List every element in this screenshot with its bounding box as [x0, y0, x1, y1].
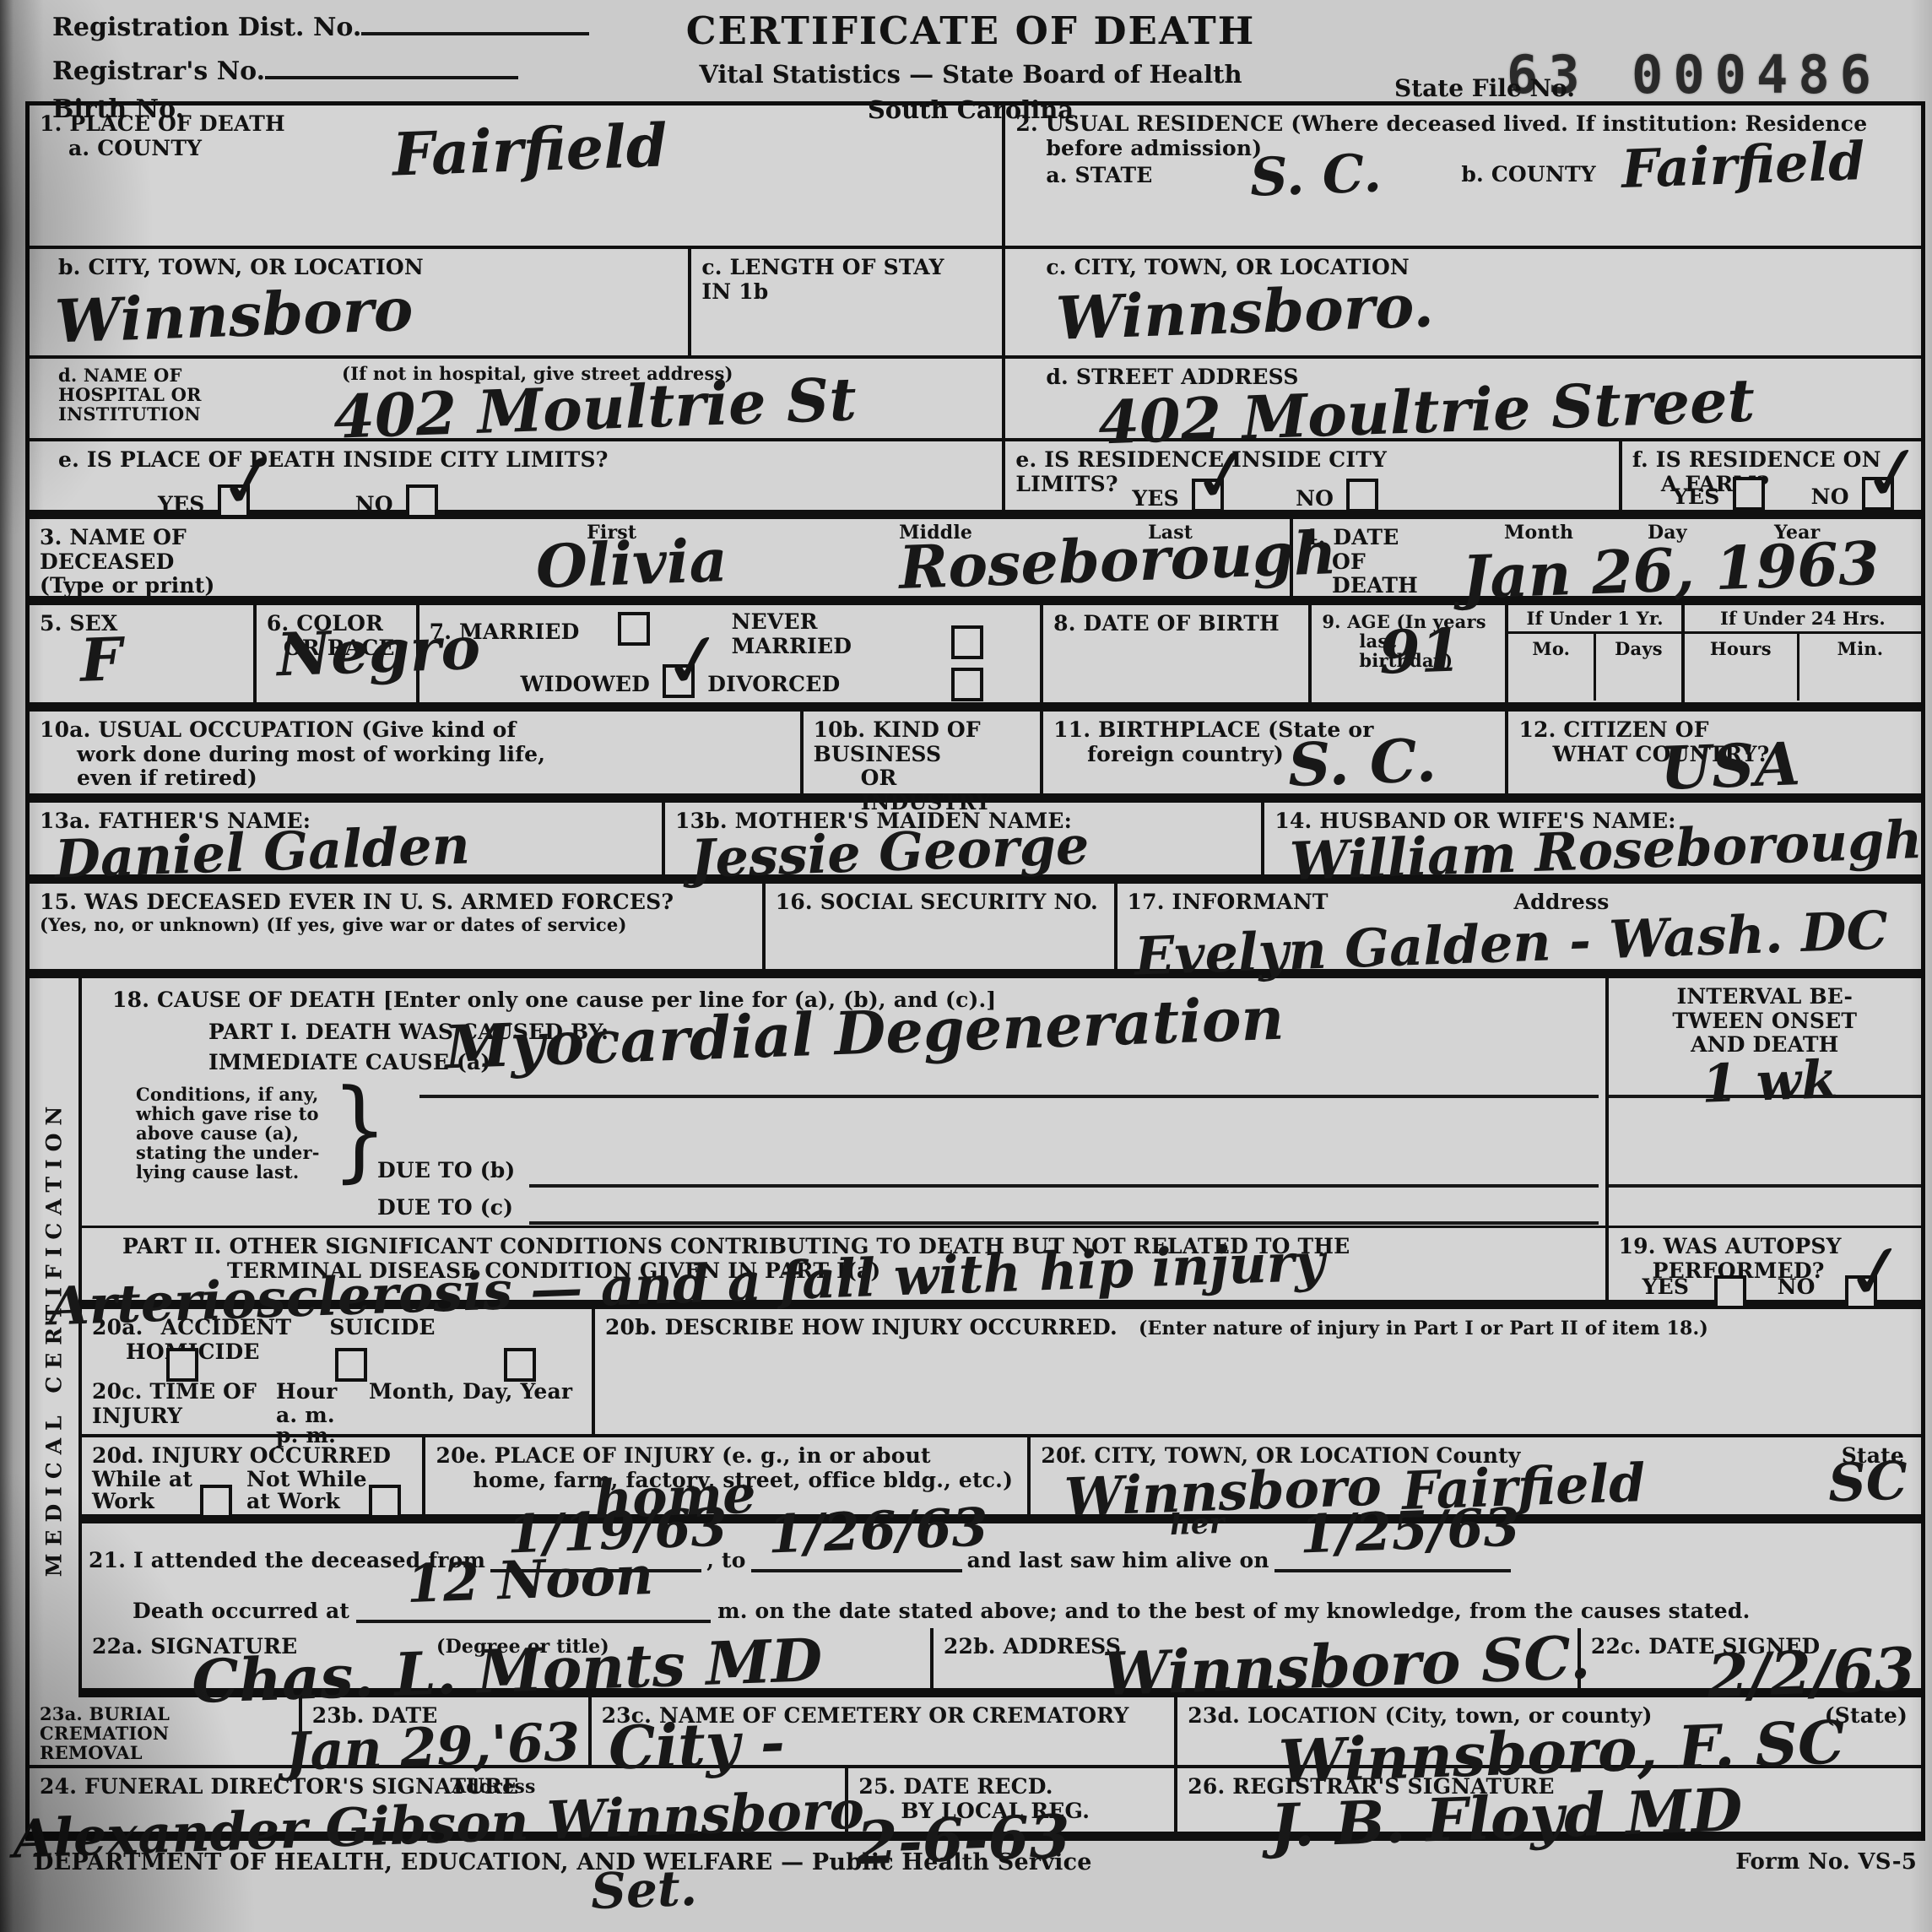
field-burial-location: 23d. LOCATION (City, town, or county) (S…	[1177, 1697, 1921, 1765]
field-injury-blank	[595, 1373, 1921, 1434]
state-name: South Carolina	[625, 95, 1317, 124]
attended-alive-value: 1/25/63	[1298, 1501, 1521, 1578]
medical-rows: 18. CAUSE OF DEATH [Enter only one cause…	[82, 978, 1921, 1697]
farm-no-checkbox	[1862, 477, 1894, 511]
residence-county-label: b. COUNTY	[1461, 163, 1595, 187]
registration-dist-line: Registration Dist. No.	[52, 10, 589, 42]
under-1yr-mo-label: Mo.	[1508, 634, 1596, 701]
state-file-label: State File No.	[1394, 74, 1575, 102]
occupation-label1: 10a. USUAL OCCUPATION (Give kind of	[40, 718, 790, 743]
death-city-limits-label: e. IS PLACE OF DEATH INSIDE CITY LIMITS?	[58, 448, 992, 473]
field-birthplace: 11. BIRTHPLACE (State or foreign country…	[1043, 712, 1508, 793]
field-cause-part1: 18. CAUSE OF DEATH [Enter only one cause…	[82, 978, 1609, 1226]
field-residence-city: c. CITY, TOWN, OR LOCATION Winnsboro.	[1005, 249, 1921, 355]
interval-label2: TWEEN ONSET	[1619, 1009, 1911, 1034]
due-to-b-label: DUE TO (b)	[377, 1159, 515, 1183]
registrar-line: Registrar's No.	[52, 54, 589, 86]
birth-no-label: Birth No.	[52, 95, 184, 124]
injury-occurred-label: 20d. INJURY OCCURRED	[92, 1444, 412, 1469]
certificate-form: 1. PLACE OF DEATH a. COUNTY Fairfield 2.…	[25, 101, 1925, 1841]
row-physician-signature: 22a. SIGNATURE (Degree or title) Chas. L…	[82, 1628, 1921, 1697]
footer-form-number: Form No. VS-5	[1735, 1850, 1917, 1876]
field-age: 9. AGE (In years last birthday) 91	[1312, 605, 1508, 702]
age-value: 91	[1378, 620, 1463, 682]
under-24hrs-hours-label: Hours	[1685, 634, 1799, 701]
field-spouse-name: 14. HUSBAND OR WIFE'S NAME: William Rose…	[1264, 803, 1921, 874]
row-name-dod: 3. NAME OF DECEASED (Type or print) Firs…	[30, 519, 1921, 605]
physician-address-value: Winnsboro SC.	[1101, 1628, 1591, 1704]
due-to-c-line	[529, 1221, 1599, 1225]
under-24hrs-min-label: Min.	[1799, 634, 1921, 701]
autopsy-no-checkbox	[1845, 1275, 1877, 1309]
death-limits-yes-label: YES	[158, 492, 205, 517]
field-date-signed: 22c. DATE SIGNED 2/2/63	[1581, 1628, 1921, 1688]
field-street-address: d. STREET ADDRESS 402 Moultrie Street	[1005, 359, 1921, 438]
registrar-label: Registrar's No.	[52, 57, 265, 86]
physician-address-label: 22b. ADDRESS	[944, 1634, 1121, 1659]
city-of-death-value: Winnsboro	[54, 280, 414, 352]
row-time-of-injury: 20c. TIME OF INJURY Hour Month, Day, Yea…	[82, 1373, 1921, 1437]
dob-label: 8. DATE OF BIRTH	[1053, 612, 1298, 636]
occupation-label3: even if retired)	[77, 766, 790, 791]
farm-yes-checkbox	[1733, 477, 1765, 511]
subtitle: Vital Statistics — State Board of Health	[625, 60, 1317, 89]
field-usual-residence: 2. USUAL RESIDENCE (Where deceased lived…	[1005, 106, 1921, 246]
interval-label1: INTERVAL BE-	[1619, 985, 1911, 1009]
name-label3: (Type or print)	[40, 574, 365, 598]
residence-state-value: S. C.	[1249, 147, 1383, 203]
field-date-of-death: 4. DATE OF DEATH Month Day Year Jan 26, …	[1293, 519, 1921, 596]
armed-forces-label1: 15. WAS DECEASED EVER IN U. S. ARMED FOR…	[40, 890, 752, 915]
never-married-checkbox	[951, 625, 983, 659]
field-citizen: 12. CITIZEN OF WHAT COUNTRY? USA	[1508, 712, 1921, 793]
row-demographics: 5. SEX F 6. COLOR OR RACE Negro 7. MARRI…	[30, 605, 1921, 712]
birthplace-value: S. C.	[1287, 731, 1437, 795]
work-label: Work	[92, 1490, 154, 1514]
farm-no-label: NO	[1811, 484, 1849, 509]
row-informant: 15. WAS DECEASED EVER IN U. S. ARMED FOR…	[30, 884, 1921, 978]
death-limits-no-checkbox	[406, 484, 438, 518]
conditions-line1: Conditions, if any,	[136, 1085, 320, 1104]
date-received-label1: 25. DATE RECD.	[858, 1775, 1164, 1799]
farm-yes-label: YES	[1673, 484, 1720, 509]
business-label1: 10b. KIND OF BUSINESS	[814, 718, 1031, 766]
under-24hrs-header: If Under 24 Hrs.	[1685, 605, 1921, 634]
autopsy-yes-checkbox	[1714, 1275, 1746, 1309]
autopsy-yes-label: YES	[1642, 1275, 1690, 1300]
field-physician-address: 22b. ADDRESS Winnsboro SC.	[934, 1628, 1581, 1688]
birth-no-line: Birth No.	[52, 95, 589, 124]
row-place-of-injury: 20d. INJURY OCCURRED While at Work Not W…	[82, 1437, 1921, 1523]
not-while-label2: at Work	[246, 1490, 340, 1514]
sex-value: F	[79, 630, 123, 690]
medical-certification-section: MEDICAL CERTIFICATION 18. CAUSE OF DEATH…	[30, 978, 1921, 1697]
row-part2: PART II. OTHER SIGNIFICANT CONDITIONS CO…	[82, 1228, 1921, 1309]
interval-value: 1 wk	[1701, 1053, 1838, 1111]
residence-county-value: Fairfield	[1621, 135, 1865, 196]
field-father-name: 13a. FATHER'S NAME: Daniel Galden	[30, 803, 665, 874]
county-value: Fairfield	[392, 116, 668, 184]
field-death-city-limits: e. IS PLACE OF DEATH INSIDE CITY LIMITS?…	[30, 441, 1005, 510]
row-city: b. CITY, TOWN, OR LOCATION Winnsboro c. …	[30, 249, 1921, 359]
ssn-label: 16. SOCIAL SECURITY NO.	[776, 890, 1104, 915]
not-while-checkbox	[369, 1485, 401, 1518]
never-married-label2: MARRIED	[732, 635, 852, 659]
row-place-residence: 1. PLACE OF DEATH a. COUNTY Fairfield 2.…	[30, 106, 1921, 249]
field-name-of-deceased: First Middle Last Olivia Roseborough	[376, 519, 1293, 596]
death-limits-yes-checkbox	[218, 484, 250, 518]
field-sex: 5. SEX F	[30, 605, 257, 702]
autopsy-no-label: NO	[1778, 1275, 1816, 1300]
field-kind-of-business: 10b. KIND OF BUSINESS OR INDUSTRY	[804, 712, 1044, 793]
length-of-stay-label: c. LENGTH OF STAY	[701, 256, 992, 280]
widowed-checkbox	[663, 664, 695, 698]
header-left: Registration Dist. No. Registrar's No. B…	[52, 10, 589, 124]
field-marital-status: 7. MARRIED NEVER MARRIED WIDOWED DIVORCE…	[419, 605, 1044, 702]
conditions-line4: stating the under-	[136, 1143, 320, 1162]
divorced-checkbox	[951, 668, 983, 701]
mother-value: Jessie George	[690, 820, 1090, 885]
father-value: Daniel Galden	[54, 819, 471, 885]
field-armed-forces: 15. WAS DECEASED EVER IN U. S. ARMED FOR…	[30, 884, 766, 969]
citizen-value: USA	[1659, 734, 1801, 798]
due-to-b-line	[529, 1184, 1599, 1188]
page-title: CERTIFICATE OF DEATH	[625, 8, 1317, 53]
death-occurred-suffix: m. on the date stated above; and to the …	[717, 1599, 1750, 1624]
residence-limits-yes-label: YES	[1132, 486, 1179, 511]
attended-to-value: 1/26/63	[766, 1501, 989, 1578]
time-injury-label1: 20c. TIME OF	[92, 1379, 257, 1404]
occupation-label2: work done during most of working life,	[77, 743, 790, 767]
informant-value: Evelyn Galden - Wash. DC	[1134, 904, 1889, 982]
under-1yr-days-label: Days	[1596, 634, 1681, 701]
attended-alive-label: herand last saw him alive on	[967, 1549, 1269, 1573]
residence-limits-no-checkbox	[1346, 479, 1378, 512]
residence-city-label: c. CITY, TOWN, OR LOCATION	[1046, 256, 1911, 280]
field-time-of-injury: 20c. TIME OF INJURY Hour Month, Day, Yea…	[82, 1373, 595, 1434]
date-signed-value: 2/2/63	[1707, 1640, 1916, 1707]
registration-dist-label: Registration Dist. No.	[52, 13, 361, 42]
cemetery-value: City -	[607, 1713, 785, 1778]
injury-state-value: SC	[1827, 1454, 1908, 1509]
handwritten-note-set: Set.	[590, 1864, 698, 1916]
due-to-c-label: DUE TO (c)	[377, 1196, 513, 1220]
field-autopsy: 19. WAS AUTOPSY PERFORMED? YES NO	[1609, 1228, 1921, 1300]
attended-to-line: 1/26/63	[751, 1544, 962, 1572]
time-injury-label2: INJURY	[92, 1404, 182, 1428]
conditions-line5: lying cause last.	[136, 1162, 320, 1182]
hospital-value: 402 Moultrie St	[333, 370, 858, 447]
date-received-value: 2-6-63	[856, 1807, 1071, 1874]
burial-date-value: Jan 29,'63	[284, 1716, 581, 1778]
dod-value: Jan 26, 1963	[1461, 533, 1881, 607]
field-age-under-1yr: If Under 1 Yr. Mo. Days	[1508, 605, 1684, 702]
field-color-race: 6. COLOR OR RACE Negro	[257, 605, 419, 702]
conditions-line2: which gave rise to	[136, 1104, 320, 1123]
field-age-under-24hrs: If Under 24 Hrs. Hours Min.	[1685, 605, 1921, 702]
cause-line	[419, 1095, 1599, 1098]
registration-dist-blank	[361, 10, 589, 35]
registrar-signature-value: J. B. Floyd MD	[1269, 1780, 1744, 1855]
informant-label: 17. INFORMANT	[1128, 890, 1329, 914]
attended-alive-line: 1/25/63	[1274, 1544, 1511, 1572]
injury-note: (Enter nature of injury in Part I or Par…	[1139, 1318, 1708, 1339]
race-value: Negro	[276, 619, 481, 685]
field-injury-occurred: 20d. INJURY OCCURRED While at Work Not W…	[82, 1437, 425, 1514]
hour-label: Hour	[276, 1380, 337, 1404]
while-at-work-checkbox	[200, 1485, 232, 1518]
medical-certification-vertical-label: MEDICAL CERTIFICATION	[42, 1099, 67, 1578]
burial-label2: CREMATION	[40, 1724, 289, 1743]
armed-forces-label2: (Yes, no, or unknown) (If yes, give war …	[40, 915, 752, 934]
sex-label: 5. SEX	[40, 612, 243, 636]
conditions-note: Conditions, if any, which gave rise to a…	[136, 1085, 320, 1182]
field-part2: PART II. OTHER SIGNIFICANT CONDITIONS CO…	[82, 1228, 1609, 1300]
widowed-label: WIDOWED	[521, 672, 650, 696]
row-death-occurred: Death occurred at 12 Noon m. on the date…	[82, 1579, 1921, 1628]
row-city-limits: e. IS PLACE OF DEATH INSIDE CITY LIMITS?…	[30, 441, 1921, 519]
death-limits-no-label: NO	[355, 492, 393, 517]
row-parents: 13a. FATHER'S NAME: Daniel Galden 13b. M…	[30, 803, 1921, 884]
medical-gutter: MEDICAL CERTIFICATION	[30, 978, 82, 1697]
name-label1: 3. NAME OF	[40, 526, 365, 550]
name-last-value: Roseborough	[898, 523, 1338, 598]
field-how-injury-occurred: 20b. DESCRIBE HOW INJURY OCCURRED. (Ente…	[595, 1309, 1921, 1373]
field-hospital: d. NAME OF HOSPITAL OR INSTITUTION (If n…	[30, 359, 1005, 438]
residence-limits-no-label: NO	[1296, 486, 1334, 511]
interval-line2	[1609, 1184, 1921, 1188]
married-checkbox	[618, 612, 650, 646]
her-note: her	[1169, 1508, 1225, 1539]
field-name-of-deceased-label: 3. NAME OF DECEASED (Type or print)	[30, 519, 376, 596]
death-certificate-scan: Registration Dist. No. Registrar's No. B…	[0, 0, 1932, 1932]
name-first-value: Olivia	[535, 531, 728, 597]
field-residence-farm: f. IS RESIDENCE ON A FARM? YES NO	[1622, 441, 1921, 510]
death-time-line: 12 Noon	[356, 1594, 711, 1623]
field-ssn: 16. SOCIAL SECURITY NO.	[766, 884, 1118, 969]
header-center: CERTIFICATE OF DEATH Vital Statistics — …	[625, 8, 1317, 124]
row-occupation: 10a. USUAL OCCUPATION (Give kind of work…	[30, 712, 1921, 803]
row-cause-of-death: 18. CAUSE OF DEATH [Enter only one cause…	[82, 978, 1921, 1228]
length-of-stay-label2: IN 1b	[701, 280, 992, 305]
field-city-of-death: b. CITY, TOWN, OR LOCATION Winnsboro	[30, 249, 691, 355]
burial-label3: REMOVAL	[40, 1743, 289, 1762]
field-place-of-death: 1. PLACE OF DEATH a. COUNTY Fairfield	[30, 106, 1005, 246]
death-occurred-prefix: Death occurred at	[133, 1599, 349, 1624]
field-interval: INTERVAL BE- TWEEN ONSET AND DEATH 1 wk	[1609, 978, 1921, 1226]
field-residence-city-limits: e. IS RESIDENCE INSIDE CITY LIMITS? YES …	[1005, 441, 1622, 510]
field-usual-occupation: 10a. USUAL OCCUPATION (Give kind of work…	[30, 712, 804, 793]
conditions-line3: above cause (a),	[136, 1123, 320, 1143]
row-hospital-street: d. NAME OF HOSPITAL OR INSTITUTION (If n…	[30, 359, 1921, 441]
name-label2: DECEASED	[40, 550, 365, 575]
field-mother-name: 13b. MOTHER'S MAIDEN NAME: Jessie George	[665, 803, 1264, 874]
field-length-of-stay: c. LENGTH OF STAY IN 1b	[691, 249, 1005, 355]
row-attended: 21. I attended the deceased from 1/19/63…	[82, 1523, 1921, 1579]
residence-limits-yes-checkbox	[1192, 479, 1224, 512]
attended-alive-text: and last saw him alive on	[967, 1548, 1269, 1572]
field-cemetery: 23c. NAME OF CEMETERY OR CREMATORY City …	[592, 1697, 1178, 1765]
registrar-blank	[265, 54, 518, 79]
mdy-label: Month, Day, Year	[369, 1380, 572, 1404]
field-date-of-birth: 8. DATE OF BIRTH	[1043, 605, 1312, 702]
field-physician-signature: 22a. SIGNATURE (Degree or title) Chas. L…	[82, 1628, 934, 1688]
field-date-received: 25. DATE RECD. BY LOCAL REG. 2-6-63	[848, 1768, 1177, 1832]
certificate-header: Registration Dist. No. Registrar's No. B…	[0, 0, 1932, 101]
injury-描述-label: 20b. DESCRIBE HOW INJURY OCCURRED.	[605, 1315, 1118, 1339]
death-time-value: 12 Noon	[406, 1550, 655, 1629]
field-informant: 17. INFORMANT Address Evelyn Galden - Wa…	[1118, 884, 1921, 969]
never-married-label1: NEVER	[732, 610, 852, 635]
residence-city-value: Winnsboro.	[1055, 276, 1435, 349]
